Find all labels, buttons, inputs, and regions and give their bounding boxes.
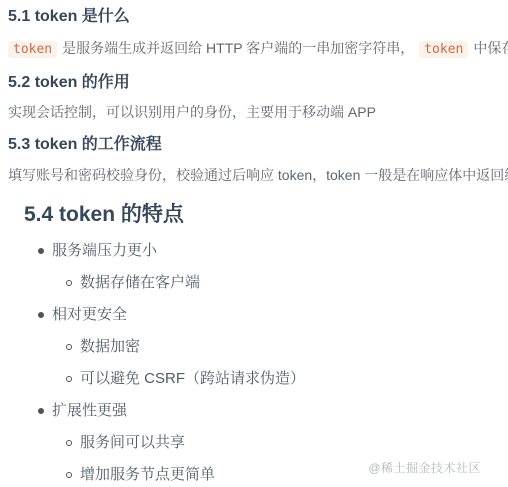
heading-5-2-token-purpose: 5.2 token 的作用 (8, 72, 500, 94)
list-item-label: 数据存储在客户端 (80, 274, 200, 291)
list-item: 数据存储在客户端 (8, 273, 500, 293)
bullet-icon (38, 312, 44, 318)
paragraph-token-purpose: 实现会话控制，可以识别用户的身份，主要用于移动端 APP (8, 102, 500, 122)
feature-list: 服务端压力更小 数据存储在客户端 相对更安全 数据加密 可以避免 CSRF（跨站… (8, 241, 500, 485)
heading-5-3-token-workflow: 5.3 token 的工作流程 (8, 134, 500, 156)
inline-code-token: token (8, 41, 57, 58)
inline-code-token: token (419, 41, 468, 58)
circle-bullet-icon (66, 472, 72, 478)
article-page: 5.1 token 是什么 token是服务端生成并返回给 HTTP 客户端的一… (0, 0, 508, 487)
paragraph-text: 中保存着 (473, 40, 508, 56)
circle-bullet-icon (66, 440, 72, 446)
list-item-label: 相对更安全 (52, 306, 127, 323)
bullet-icon (38, 248, 44, 254)
list-item: 服务端压力更小 (8, 241, 500, 261)
circle-bullet-icon (66, 376, 72, 382)
list-item: 相对更安全 (8, 305, 500, 325)
list-item-label: 增加服务节点更简单 (80, 466, 215, 483)
list-item: 扩展性更强 (8, 401, 500, 421)
list-item-label: 服务端压力更小 (52, 242, 157, 259)
paragraph-text: 是服务端生成并返回给 HTTP 客户端的一串加密字符串， (62, 40, 414, 56)
list-item-label: 数据加密 (80, 338, 140, 355)
paragraph-token-workflow: 填写账号和密码校验身份，校验通过后响应 token，token 一般是在响应体中… (8, 165, 500, 185)
list-item: 服务间可以共享 (8, 433, 500, 453)
list-item: 数据加密 (8, 337, 500, 357)
paragraph-what-is-token: token是服务端生成并返回给 HTTP 客户端的一串加密字符串，token中保… (8, 38, 500, 60)
list-item-label: 服务间可以共享 (80, 434, 185, 451)
list-item: 可以避免 CSRF（跨站请求伪造） (8, 369, 500, 389)
circle-bullet-icon (66, 344, 72, 350)
bullet-icon (38, 408, 44, 414)
circle-bullet-icon (66, 280, 72, 286)
list-item-label: 可以避免 CSRF（跨站请求伪造） (80, 370, 305, 387)
watermark: @稀土掘金技术社区 (368, 459, 481, 476)
article-content: 5.1 token 是什么 token是服务端生成并返回给 HTTP 客户端的一… (0, 0, 508, 485)
heading-5-1-what-is-token: 5.1 token 是什么 (8, 6, 500, 28)
heading-5-4-token-features: 5.4 token 的特点 (24, 201, 500, 229)
list-item-label: 扩展性更强 (52, 402, 127, 419)
